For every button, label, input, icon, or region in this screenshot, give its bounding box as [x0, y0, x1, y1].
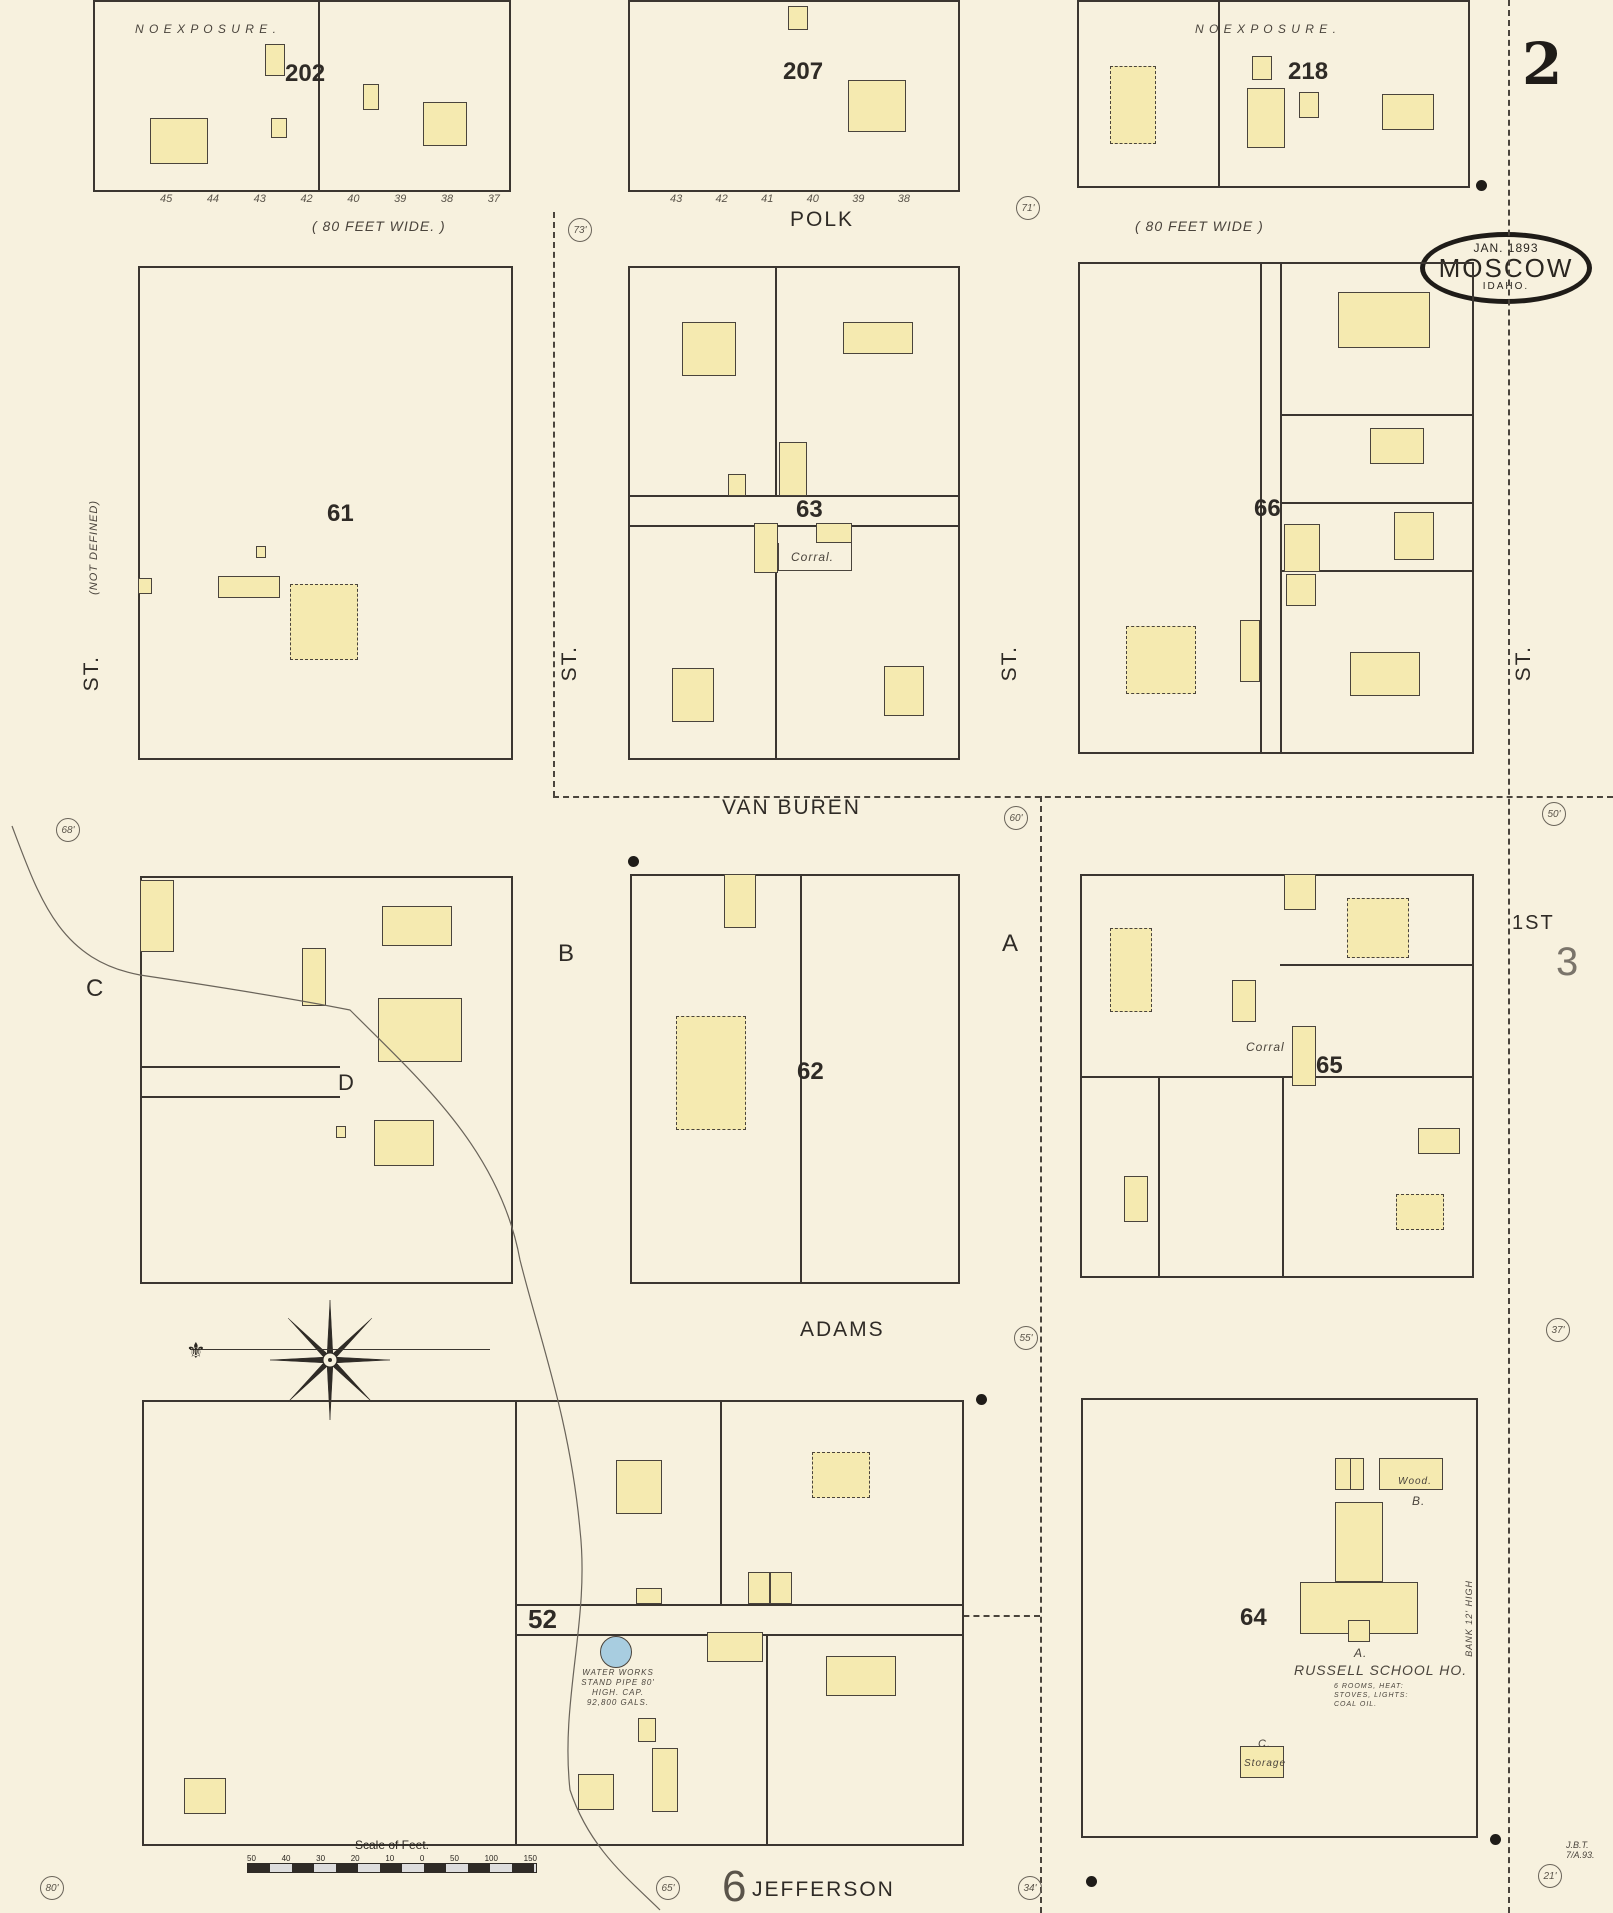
building	[265, 44, 285, 76]
building	[816, 523, 852, 543]
elevation-marker: 50'	[1542, 802, 1566, 826]
building	[812, 1452, 870, 1498]
building	[1284, 524, 1320, 572]
building	[374, 1120, 434, 1166]
lot: 38	[898, 193, 910, 205]
building	[1396, 1194, 1444, 1230]
school-tower	[1348, 1620, 1370, 1642]
lot: 45	[160, 193, 172, 205]
lot-numbers: 434241403938	[670, 193, 910, 205]
building	[1110, 928, 1152, 1012]
block-number-65: 65	[1316, 1052, 1343, 1080]
elevation-marker: 60'	[1004, 806, 1028, 830]
no-exposure-note: N O E X P O S U R E .	[1195, 22, 1337, 36]
scale-of-feet: Scale of Feet. 5040302010050100150	[247, 1838, 537, 1873]
lot-line	[1282, 414, 1474, 416]
building	[748, 1572, 770, 1604]
lot: 41	[761, 193, 773, 205]
lot-line	[1080, 1076, 1474, 1078]
building-b-label: B.	[1412, 1494, 1425, 1508]
school-label-a: A.	[1354, 1646, 1367, 1660]
block-number-63: 63	[796, 496, 823, 524]
scale-bar	[247, 1863, 537, 1873]
elevation-marker: 80'	[40, 1876, 64, 1900]
wood-house	[724, 874, 756, 928]
street-a: A	[1002, 930, 1020, 958]
building	[843, 322, 913, 354]
fleur-de-lis-north-icon: ⚜	[186, 1338, 206, 1364]
building	[754, 523, 778, 573]
lot-line	[720, 1400, 722, 1605]
lot-line	[140, 1066, 340, 1068]
school-tower-wing	[1335, 1502, 1383, 1582]
lot: 42	[716, 193, 728, 205]
building	[184, 1778, 226, 1814]
tick: 150	[524, 1854, 537, 1863]
boundary-line	[553, 796, 1613, 798]
building	[1347, 898, 1409, 958]
building	[1350, 652, 1420, 696]
elevation-marker: 71'	[1016, 196, 1040, 220]
building	[1124, 1176, 1148, 1222]
sanborn-map-sheet: 2 JAN. 1893 MOSCOW IDAHO. N O E X P O S …	[0, 0, 1613, 1913]
building	[1110, 66, 1156, 144]
building	[779, 442, 807, 496]
tick: 20	[351, 1854, 360, 1863]
dwelling-house-dot	[628, 856, 639, 867]
lot-line	[1282, 1076, 1284, 1278]
bank-note: BANK 12' HIGH	[1464, 1580, 1474, 1657]
lot-line	[1280, 964, 1474, 966]
corral-label: Corral.	[791, 550, 834, 564]
no-exposure-note: N O E X P O S U R E .	[135, 22, 277, 36]
block-c	[140, 876, 513, 1284]
lot: 43	[254, 193, 266, 205]
elevation-marker: 65'	[656, 1876, 680, 1900]
boundary-line	[553, 212, 555, 797]
building	[1286, 574, 1316, 606]
building	[138, 578, 152, 594]
building	[1292, 1026, 1316, 1086]
lot-numbers: 4544434240393837	[160, 193, 500, 205]
building	[1232, 980, 1256, 1022]
sheet-number: 2	[1522, 30, 1562, 98]
street-d: D	[338, 1070, 356, 1096]
building	[1335, 1458, 1351, 1490]
block-number-64: 64	[1240, 1604, 1267, 1632]
building	[1240, 620, 1260, 682]
block-number-218: 218	[1288, 58, 1328, 86]
tick: 40	[282, 1854, 291, 1863]
dwelling-house-dot	[976, 1394, 987, 1405]
scale-ticks: 5040302010050100150	[247, 1854, 537, 1863]
building	[336, 1126, 346, 1138]
building	[848, 80, 906, 132]
building	[140, 880, 174, 952]
building	[363, 84, 379, 110]
building	[1350, 1458, 1364, 1490]
building	[652, 1748, 678, 1812]
tick: 50	[247, 1854, 256, 1863]
elevation-marker: 21'	[1538, 1864, 1562, 1888]
building	[1252, 56, 1272, 80]
street-st-b: ST.	[558, 645, 582, 681]
block-61	[138, 266, 513, 760]
hen-house	[728, 474, 746, 496]
building	[676, 1016, 746, 1130]
block-number-66: 66	[1254, 495, 1281, 523]
lot-line	[1282, 502, 1474, 504]
corral-label: Corral	[1246, 1040, 1285, 1054]
lot: 37	[488, 193, 500, 205]
street-st-first: ST.	[1512, 645, 1536, 681]
water-works-note: WATER WORKS STAND PIPE 80' HIGH. CAP. 92…	[578, 1668, 658, 1708]
lot-line	[140, 1096, 340, 1098]
building	[1338, 292, 1430, 348]
dwelling-house-dot	[1490, 1834, 1501, 1845]
building	[884, 666, 924, 716]
tick: 0	[420, 1854, 424, 1863]
school-details: 6 ROOMS, HEAT: STOVES, LIGHTS: COAL OIL.	[1334, 1682, 1424, 1709]
tick: 10	[385, 1854, 394, 1863]
building	[150, 118, 208, 164]
boundary-line	[1040, 796, 1042, 1913]
lot: 39	[394, 193, 406, 205]
building	[256, 546, 266, 558]
lot: 43	[670, 193, 682, 205]
dwelling-house-dot	[1476, 180, 1487, 191]
elevation-marker: 37'	[1546, 1318, 1570, 1342]
building	[616, 1460, 662, 1514]
boundary-line	[1508, 0, 1510, 1913]
lot-line	[1158, 1076, 1160, 1278]
house	[1418, 1128, 1460, 1154]
lot-line	[318, 0, 320, 192]
building	[707, 1632, 763, 1662]
building	[770, 1572, 792, 1604]
not-defined-note: (NOT DEFINED)	[88, 500, 100, 595]
block-number-52: 52	[528, 1604, 557, 1635]
tick: 30	[316, 1854, 325, 1863]
adjacent-sheet-east: 3	[1556, 940, 1580, 985]
lot: 39	[852, 193, 864, 205]
wood-label: Wood.	[1398, 1476, 1432, 1487]
tick: 50	[450, 1854, 459, 1863]
building	[1126, 626, 1196, 694]
wood-shed	[302, 948, 326, 1006]
polk-width-note: ( 80 FEET WIDE )	[1135, 218, 1264, 234]
lot: 44	[207, 193, 219, 205]
water-works-stand-pipe	[600, 1636, 632, 1668]
adjacent-sheet-south: 6	[722, 1862, 748, 1912]
street-c: C	[86, 975, 105, 1003]
lot: 40	[347, 193, 359, 205]
street-b: B	[558, 940, 576, 968]
building	[271, 118, 287, 138]
school-name: RUSSELL SCHOOL HO.	[1294, 1662, 1467, 1678]
building	[672, 668, 714, 722]
building	[1394, 512, 1434, 560]
compass-needle	[190, 1349, 490, 1350]
block-number-207: 207	[783, 58, 823, 86]
dwelling-house-dot	[1086, 1876, 1097, 1887]
building	[638, 1718, 656, 1742]
scale-label: Scale of Feet.	[247, 1838, 537, 1852]
street-jefferson: JEFFERSON	[752, 1878, 895, 1902]
street-van-buren: VAN BUREN	[722, 796, 861, 820]
street-st-west: ST.	[80, 655, 104, 691]
building	[826, 1656, 896, 1696]
lot: 38	[441, 193, 453, 205]
building	[1299, 92, 1319, 118]
lot-line	[766, 1632, 768, 1846]
surveyor-credit: J.B.T. 7/A.93.	[1566, 1840, 1606, 1860]
building	[578, 1774, 614, 1810]
building	[423, 102, 467, 146]
elevation-marker: 55'	[1014, 1326, 1038, 1350]
tick: 100	[485, 1854, 498, 1863]
lot: 40	[807, 193, 819, 205]
street-first: 1ST	[1512, 912, 1555, 935]
street-polk: POLK	[790, 208, 854, 232]
block-number-202: 202	[285, 60, 325, 88]
block-number-61: 61	[327, 500, 354, 528]
alley	[630, 495, 958, 527]
polk-width-note: ( 80 FEET WIDE. )	[312, 218, 446, 234]
building	[1284, 874, 1316, 910]
building	[382, 906, 452, 946]
block-number-62: 62	[797, 1058, 824, 1086]
building	[1370, 428, 1424, 464]
street-st-a: ST.	[998, 645, 1022, 681]
out-house	[218, 576, 280, 598]
storage-label: Storage	[1244, 1758, 1286, 1769]
elevation-marker: 34'	[1018, 1876, 1042, 1900]
elevation-marker: 73'	[568, 218, 592, 242]
shed	[636, 1588, 662, 1604]
lot: 42	[300, 193, 312, 205]
elevation-marker: 68'	[56, 818, 80, 842]
street-adams: ADAMS	[800, 1318, 885, 1342]
building	[1247, 88, 1285, 148]
building	[1382, 94, 1434, 130]
building	[682, 322, 736, 376]
building	[290, 584, 358, 660]
building	[788, 6, 808, 30]
building	[378, 998, 462, 1062]
